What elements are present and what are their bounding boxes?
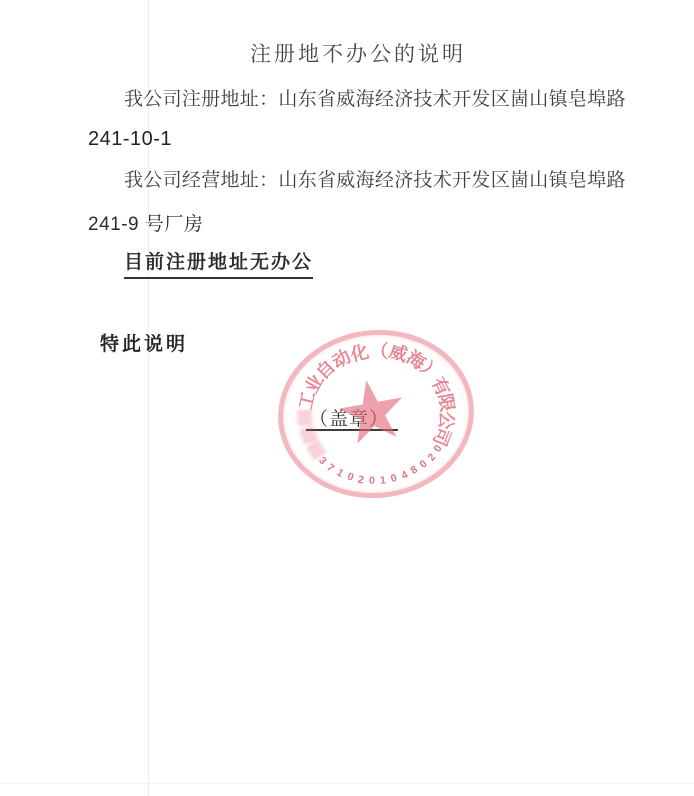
registered-address-line: 我公司注册地址：山东省威海经济技术开发区崮山镇皂埠路 <box>124 84 626 111</box>
emphasis-line-no-office: 目前注册地址无办公 <box>124 247 313 279</box>
registered-address-continuation: 241-10-1 <box>88 128 172 151</box>
scan-fold-line <box>148 0 149 796</box>
document-page: 注册地不办公的说明 我公司注册地址：山东省威海经济技术开发区崮山镇皂埠路 241… <box>0 0 694 796</box>
seal-serial-digit: 1 <box>379 474 386 487</box>
seal-serial-digit: 0 <box>369 475 375 487</box>
business-address-continuation: 241-9 号厂房 <box>88 209 203 236</box>
closing-statement: 特此说明 <box>100 329 188 356</box>
seal-arc-char: ▤ <box>293 409 315 427</box>
company-seal: ★ ▤▤▤工业自动化（威海）有限公司3710201048020 <box>270 320 482 508</box>
business-address-line: 我公司经营地址：山东省威海经济技术开发区崮山镇皂埠路 <box>124 165 626 192</box>
scan-bottom-line <box>0 783 694 784</box>
document-title: 注册地不办公的说明 <box>250 38 466 68</box>
